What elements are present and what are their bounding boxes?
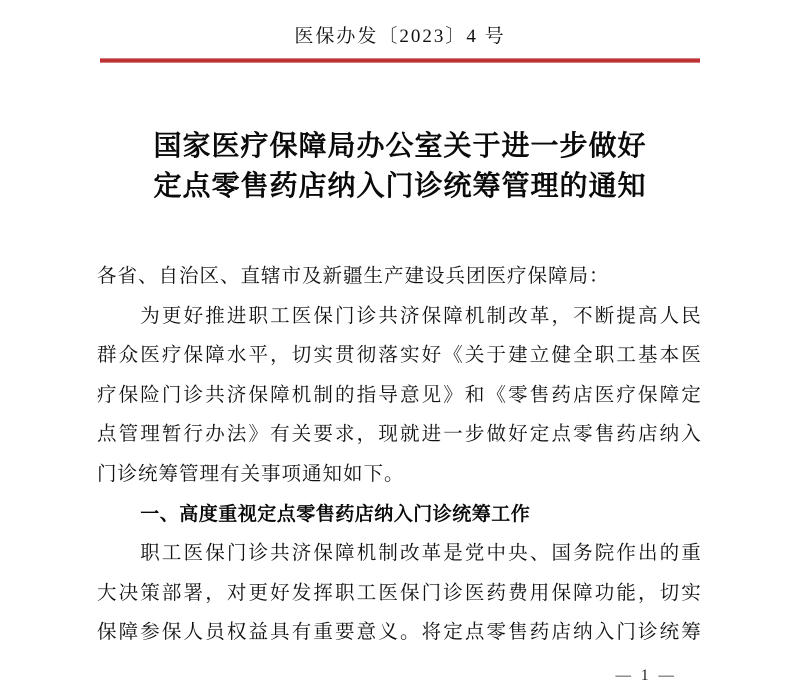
section-heading: 一、高度重视定点零售药店纳入门诊统筹工作	[97, 495, 707, 535]
page-number: — 1 —	[616, 666, 678, 686]
title-line-1: 国家医疗保障局办公室关于进一步做好	[0, 127, 800, 167]
doc-number: 医保办发〔2023〕4 号	[0, 22, 800, 52]
body-line: 群众医疗保障水平，切实贯彻落实好《关于建立健全职工基本医	[97, 336, 707, 376]
document-body: 各省、自治区、直辖市及新疆生产建设兵团医疗保障局：为更好推进职工医保门诊共济保障…	[97, 257, 707, 653]
body-line: 门诊统筹管理有关事项通知如下。	[97, 455, 707, 495]
red-separator-line	[100, 58, 700, 63]
body-line: 疗保险门诊共济保障机制的指导意见》和《零售药店医疗保障定	[97, 376, 707, 416]
body-line: 职工医保门诊共济保障机制改革是党中央、国务院作出的重	[97, 534, 707, 574]
body-line: 点管理暂行办法》有关要求，现就进一步做好定点零售药店纳入	[97, 415, 707, 455]
body-line: 为更好推进职工医保门诊共济保障机制改革，不断提高人民	[97, 297, 707, 337]
title-line-2: 定点零售药店纳入门诊统筹管理的通知	[0, 167, 800, 207]
document-title: 国家医疗保障局办公室关于进一步做好 定点零售药店纳入门诊统筹管理的通知	[0, 127, 800, 207]
body-line: 各省、自治区、直辖市及新疆生产建设兵团医疗保障局：	[97, 257, 707, 297]
body-line: 保障参保人员权益具有重要意义。将定点零售药店纳入门诊统筹	[97, 613, 707, 653]
body-line: 大决策部署，对更好发挥职工医保门诊医药费用保障功能，切实	[97, 574, 707, 614]
document-page: 医保办发〔2023〕4 号 国家医疗保障局办公室关于进一步做好 定点零售药店纳入…	[0, 0, 800, 692]
